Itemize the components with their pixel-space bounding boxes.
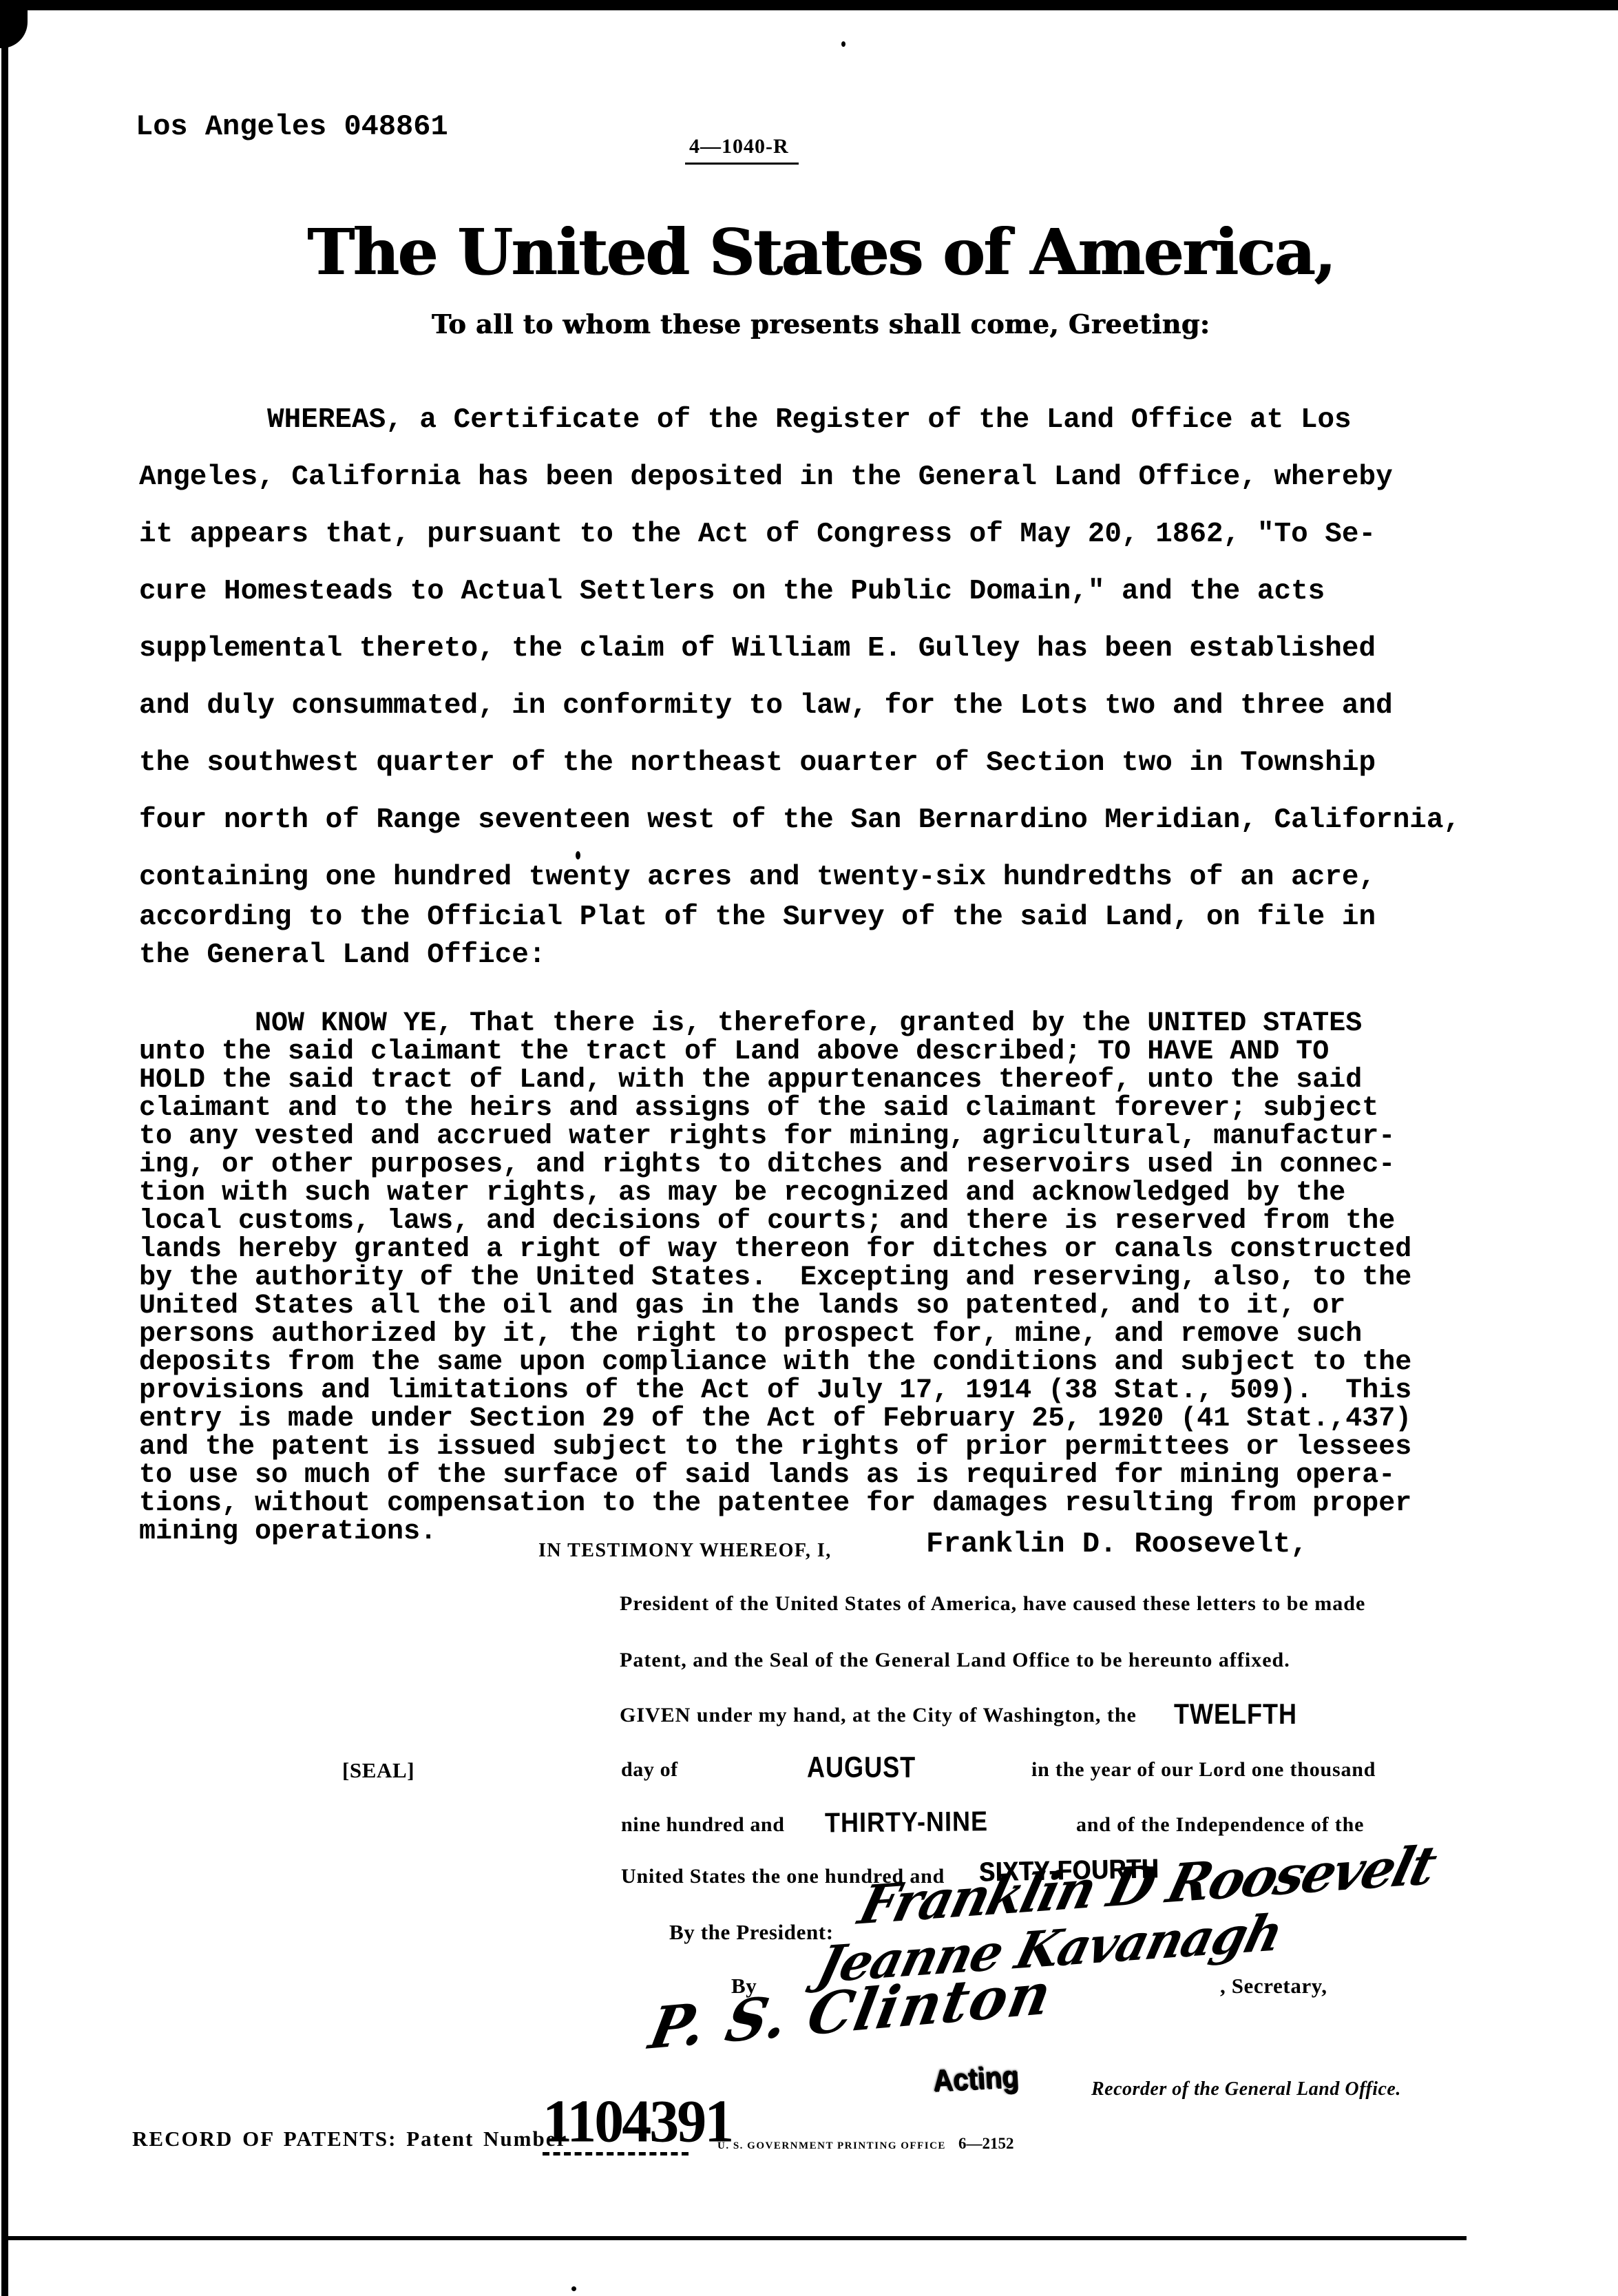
document-line: to any vested and accrued water rights f… (139, 1123, 1516, 1151)
independence-phrase: and of the Independence of the (1076, 1813, 1364, 1837)
ink-speck (576, 851, 580, 859)
scan-border-bottom (7, 2236, 1467, 2240)
document-line: by the authority of the United States. E… (139, 1264, 1516, 1292)
given-line: GIVEN under my hand, at the City of Wash… (620, 1704, 1137, 1727)
record-of-patents-label: RECORD OF PATENTS: Patent Number (132, 2127, 567, 2151)
month-stamp: AUGUST (807, 1751, 916, 1784)
document-line: cure Homesteads to Actual Settlers on th… (139, 563, 1516, 620)
printer-code: 6—2152 (958, 2135, 1014, 2153)
document-title: The United States of America, (23, 215, 1618, 289)
patent-document-page: Los Angeles 048861 4—1040-R The United S… (0, 0, 1618, 2296)
president-typed-name: Franklin D. Roosevelt, (926, 1527, 1308, 1561)
secretary-suffix: , Secretary, (1220, 1974, 1327, 1998)
recorder-title: Recorder of the General Land Office. (1091, 2078, 1401, 2100)
printer-note: U. S. GOVERNMENT PRINTING OFFICE (717, 2140, 946, 2152)
document-line: four north of Range seventeen west of th… (139, 792, 1516, 849)
letters-made-line: President of the United States of Americ… (620, 1592, 1365, 1616)
document-line: persons authorized by it, the right to p… (139, 1320, 1516, 1348)
ink-speck (841, 41, 845, 47)
document-line: entry is made under Section 29 of the Ac… (139, 1405, 1516, 1433)
acting-stamp: Acting (932, 2060, 1020, 2098)
case-number: Los Angeles 048861 (136, 110, 448, 143)
document-line: deposits from the same upon compliance w… (139, 1348, 1516, 1377)
document-line: HOLD the said tract of Land, with the ap… (139, 1066, 1516, 1094)
ink-speck (571, 2286, 576, 2291)
form-number: 4—1040-R (685, 135, 799, 165)
document-line: to use so much of the surface of said la… (139, 1461, 1516, 1490)
scan-border-top (0, 0, 1618, 10)
patent-number-dashed-line (543, 2130, 689, 2156)
year-words-stamp: THIRTY-NINE (825, 1805, 988, 1839)
document-line: provisions and limitations of the Act of… (139, 1377, 1516, 1405)
year-phrase: in the year of our Lord one thousand (1031, 1758, 1376, 1782)
day-of-label: day of (621, 1758, 678, 1782)
by-president-label: By the President: (669, 1920, 834, 1945)
nine-hundred-label: nine hundred and (621, 1813, 785, 1837)
document-line: it appears that, pursuant to the Act of … (139, 506, 1516, 563)
day-ordinal-stamp: TWELFTH (1174, 1698, 1297, 1731)
document-line: WHEREAS, a Certificate of the Register o… (139, 392, 1516, 449)
document-line: Angeles, California has been deposited i… (139, 449, 1516, 506)
seal-mark: [SEAL] (342, 1758, 414, 1783)
document-line: United States all the oil and gas in the… (139, 1292, 1516, 1320)
scan-border-corner (0, 0, 28, 48)
document-line: containing one hundred twenty acres and … (139, 849, 1516, 906)
whereas-paragraph-tail: according to the Official Plat of the Su… (139, 899, 1516, 974)
document-line: supplemental thereto, the claim of Willi… (139, 620, 1516, 678)
document-line: local customs, laws, and decisions of co… (139, 1207, 1516, 1235)
document-line: tions, without compensation to the paten… (139, 1490, 1516, 1518)
document-line: claimant and to the heirs and assigns of… (139, 1094, 1516, 1123)
document-line: tion with such water rights, as may be r… (139, 1179, 1516, 1207)
document-line: NOW KNOW YE, That there is, therefore, g… (139, 1010, 1516, 1038)
document-line: lands hereby granted a right of way ther… (139, 1235, 1516, 1264)
document-line: the General Land Office: (139, 937, 1516, 974)
document-line: ing, or other purposes, and rights to di… (139, 1151, 1516, 1179)
granting-paragraph: NOW KNOW YE, That there is, therefore, g… (139, 1010, 1516, 1546)
patent-seal-line: Patent, and the Seal of the General Land… (620, 1649, 1290, 1672)
scan-border-left (1, 0, 8, 2296)
document-salutation: To all to whom these presents shall come… (23, 309, 1618, 340)
whereas-paragraph: WHEREAS, a Certificate of the Register o… (139, 392, 1516, 906)
document-line: and duly consummated, in conformity to l… (139, 678, 1516, 735)
in-testimony-label: IN TESTIMONY WHEREOF, I, (538, 1540, 832, 1562)
document-line: and the patent is issued subject to the … (139, 1433, 1516, 1461)
document-line: according to the Official Plat of the Su… (139, 899, 1516, 937)
document-line: the southwest quarter of the northeast o… (139, 735, 1516, 792)
document-line: unto the said claimant the tract of Land… (139, 1038, 1516, 1066)
